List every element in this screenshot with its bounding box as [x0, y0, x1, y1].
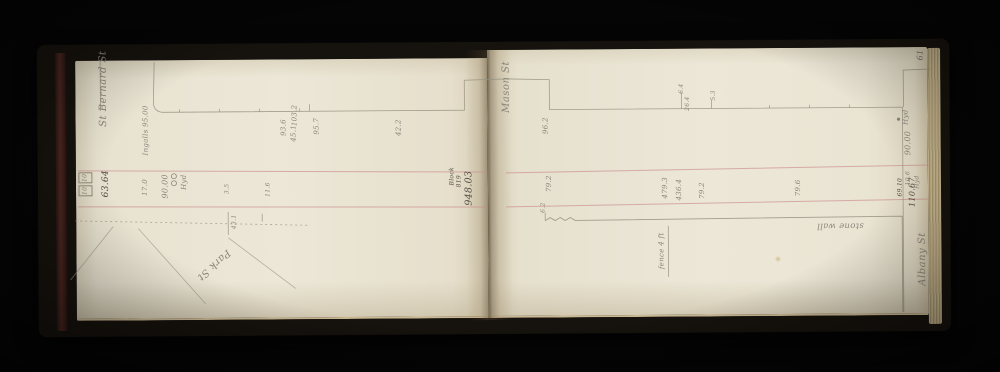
note-17-0: 17.0: [141, 179, 149, 196]
note-90-00-right: 90.00: [903, 131, 912, 155]
note-26-4: 26.4: [684, 96, 691, 111]
note-436-4: 436.4: [675, 179, 683, 201]
note-6-2: 6.2: [540, 202, 547, 213]
note-79-6: 79.6: [794, 179, 802, 196]
age-stain: [774, 256, 781, 262]
note-hyd-left: Hyd: [180, 174, 188, 190]
note-box-10-b: 10: [81, 187, 88, 195]
note-479-3: 479.3: [661, 177, 669, 199]
note-948-03: 948.03: [463, 171, 474, 206]
field-notebook: St Bernard St Ingalls 95.00 103.2 95.7 9…: [37, 39, 951, 337]
notebook-photo: St Bernard St Ingalls 95.00 103.2 95.7 9…: [0, 0, 1000, 372]
street-label-st-bernard: St Bernard St: [98, 51, 110, 127]
note-69-10: 69.10: [896, 178, 903, 197]
note-95-7: 95.7: [313, 118, 321, 135]
cover-inner-edge: [55, 53, 68, 331]
street-label-albany: Albany St: [917, 232, 928, 285]
label-stone-wall: stone wall: [817, 220, 864, 230]
note-93-6: 93.6: [280, 119, 288, 136]
note-819: 819: [455, 175, 462, 187]
note-79-2-b: 79.2: [698, 182, 706, 199]
note-96-2: 96.2: [542, 117, 550, 134]
note-43-1: 43.1: [231, 215, 238, 230]
note-45-1: 45.1: [290, 125, 298, 142]
note-3-5: 3.5: [223, 184, 230, 195]
note-42-2: 42.2: [395, 119, 403, 136]
left-page: [75, 58, 489, 321]
note-103-2: 103.2: [290, 105, 298, 127]
note-110-67: 110.67: [907, 177, 916, 207]
note-block: Block: [448, 167, 455, 185]
note-box-10-a: 10: [81, 174, 88, 182]
page-number: 61: [916, 50, 925, 61]
note-margin-station: Ingalls 95.00: [141, 105, 149, 155]
note-63-64: 63.64: [101, 170, 111, 197]
note-90-00-left: 90.00: [160, 174, 169, 198]
street-label-mason: Mason St: [501, 61, 512, 113]
note-6-4: 6.4: [678, 83, 685, 94]
note-11-6: 11.6: [264, 182, 271, 197]
right-page: [487, 47, 929, 318]
note-79-2-a: 79.2: [545, 175, 553, 192]
note-hyd-right-a: Hyd: [901, 109, 909, 125]
label-fence: fence 4 ft: [657, 232, 665, 269]
note-5-3: 5.3: [710, 90, 717, 101]
page-edge-stack: [927, 48, 942, 324]
